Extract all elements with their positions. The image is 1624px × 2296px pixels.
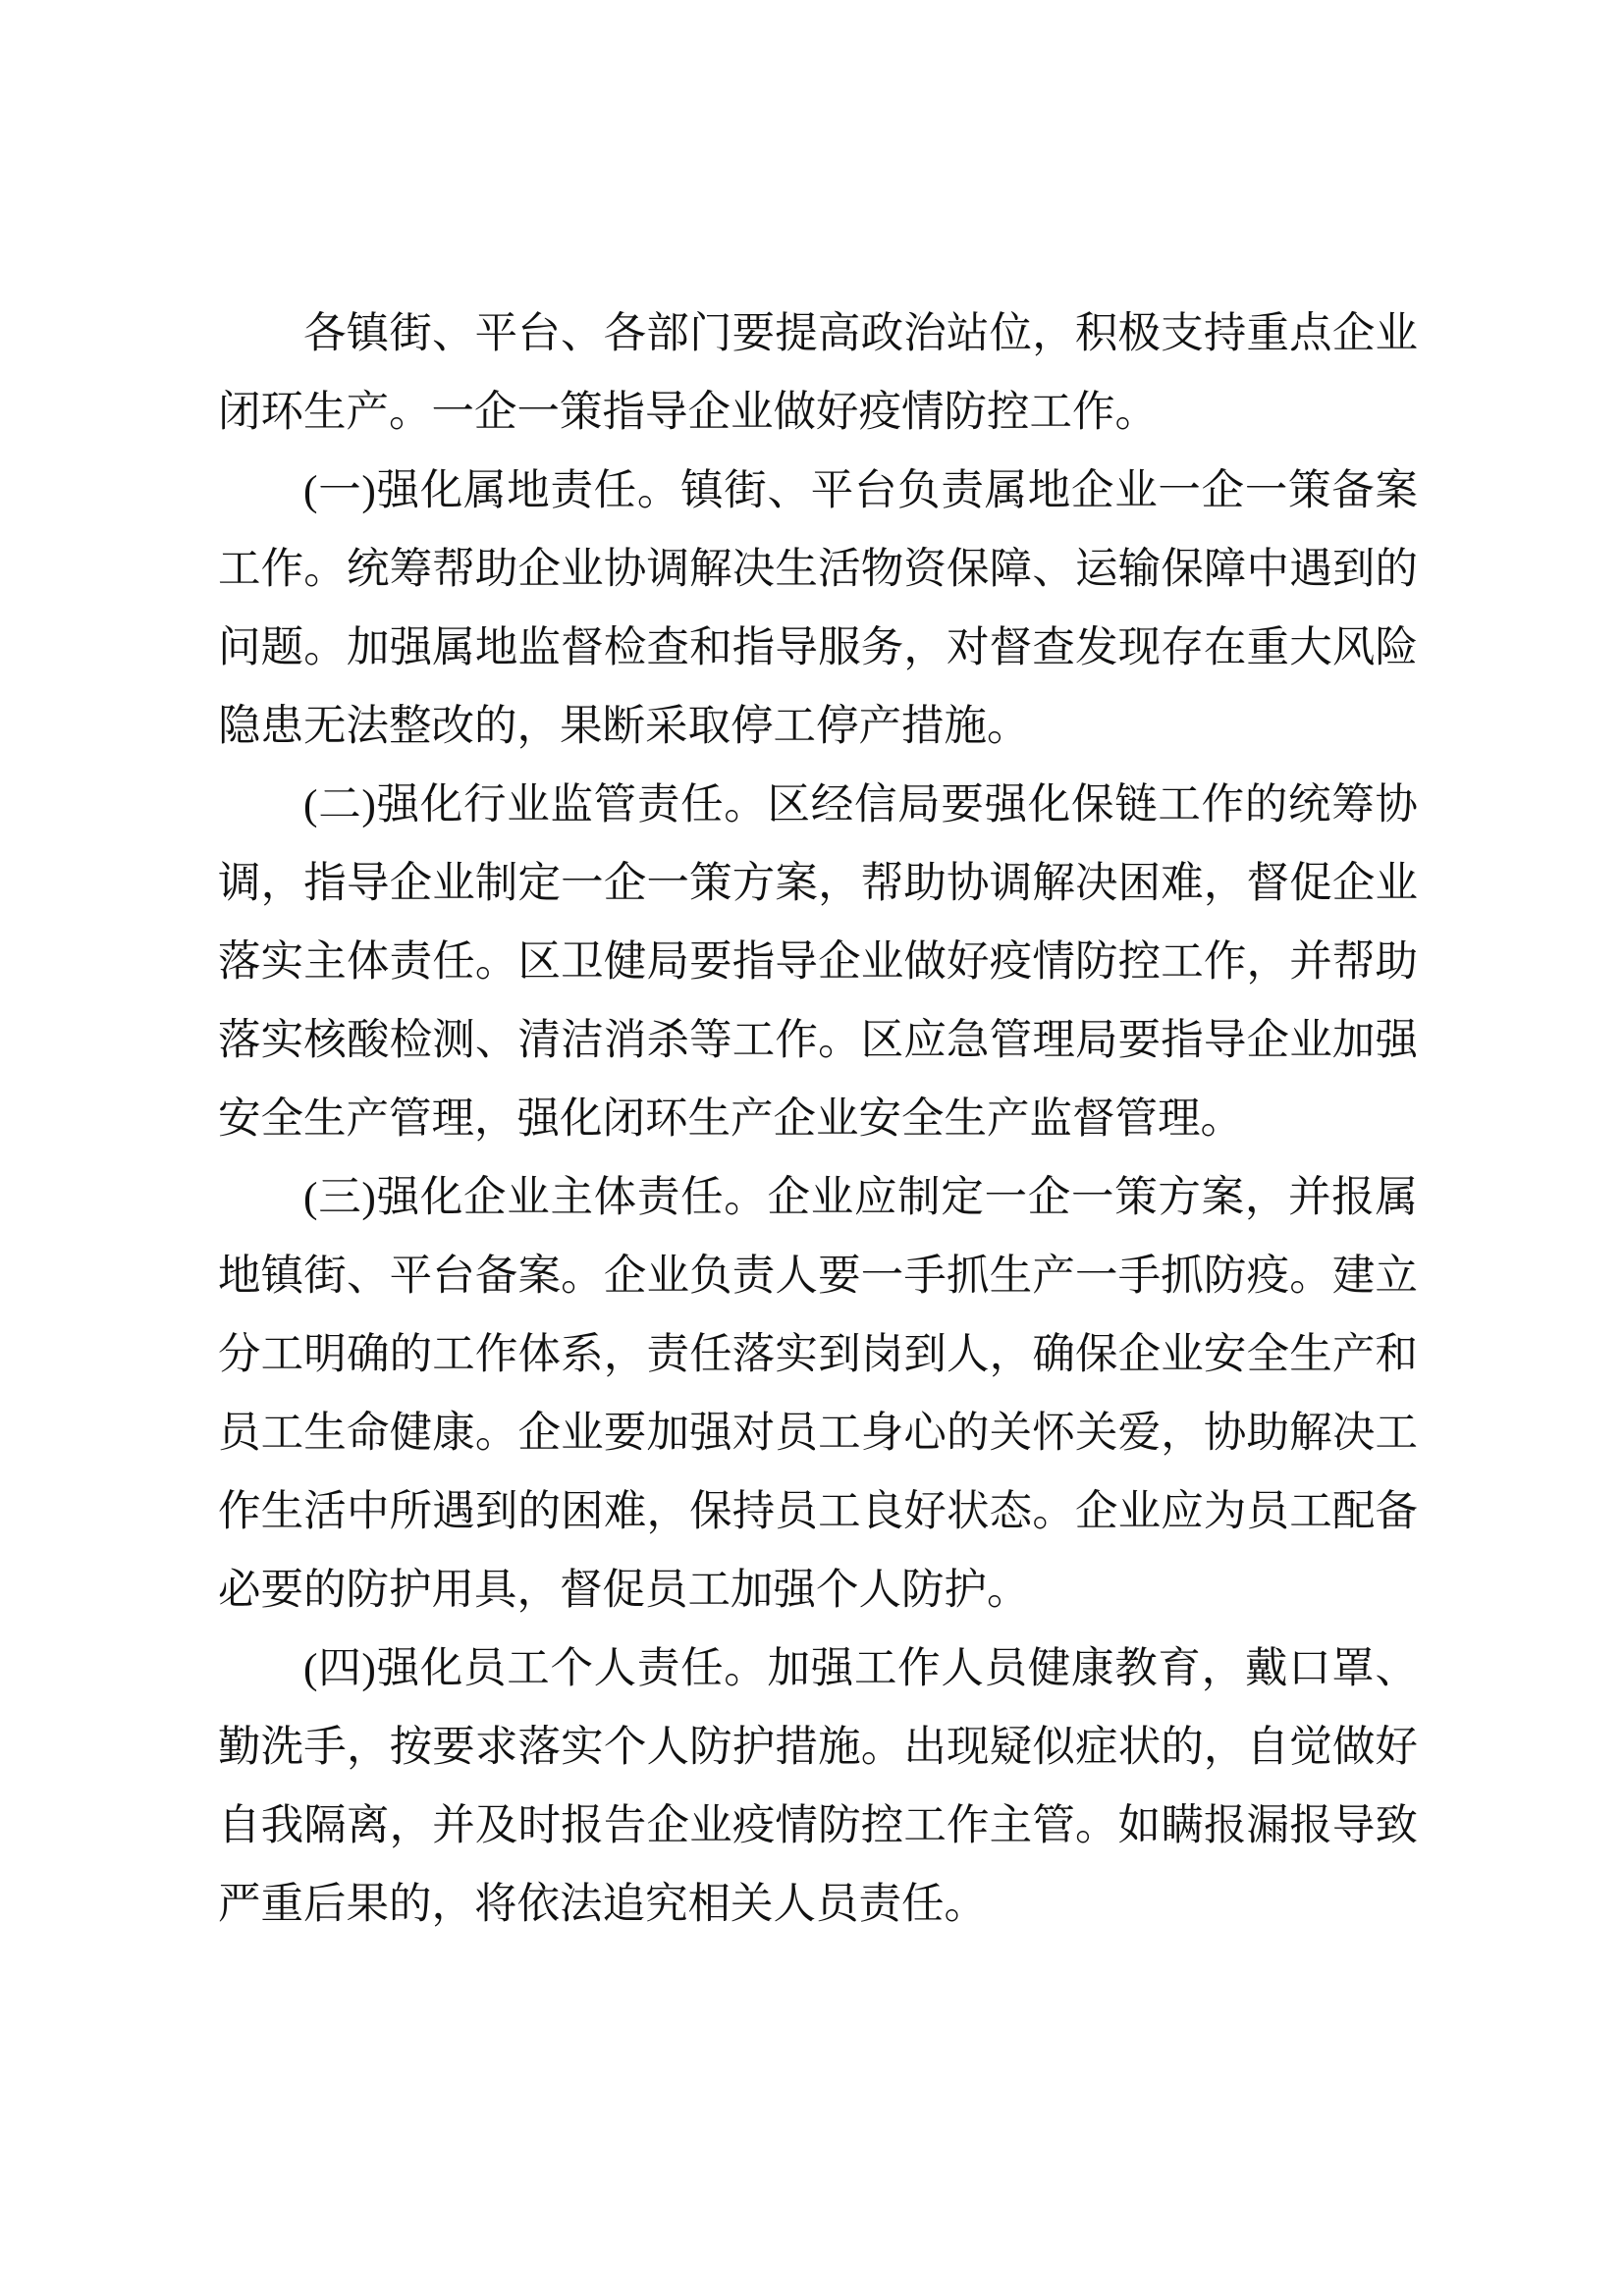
paragraph-section-2-industry-supervision-responsibility: (二)强化行业监管责任。区经信局要强化保链工作的统筹协调，指导企业制定一企一策方… <box>218 766 1418 1158</box>
document-page: 各镇街、平台、各部门要提高政治站位，积极支持重点企业闭环生产。一企一策指导企业做… <box>0 0 1624 2296</box>
paragraph-section-4-employee-personal-responsibility: (四)强化员工个人责任。加强工作人员健康教育，戴口罩、勤洗手，按要求落实个人防护… <box>218 1629 1418 1944</box>
paragraph-intro: 各镇街、平台、各部门要提高政治站位，积极支持重点企业闭环生产。一企一策指导企业做… <box>218 294 1418 452</box>
paragraph-section-3-enterprise-main-responsibility: (三)强化企业主体责任。企业应制定一企一策方案，并报属地镇街、平台备案。企业负责… <box>218 1158 1418 1629</box>
paragraph-section-1-territorial-responsibility: (一)强化属地责任。镇街、平台负责属地企业一企一策备案工作。统筹帮助企业协调解决… <box>218 452 1418 766</box>
document-body: 各镇街、平台、各部门要提高政治站位，积极支持重点企业闭环生产。一企一策指导企业做… <box>218 294 1418 1944</box>
